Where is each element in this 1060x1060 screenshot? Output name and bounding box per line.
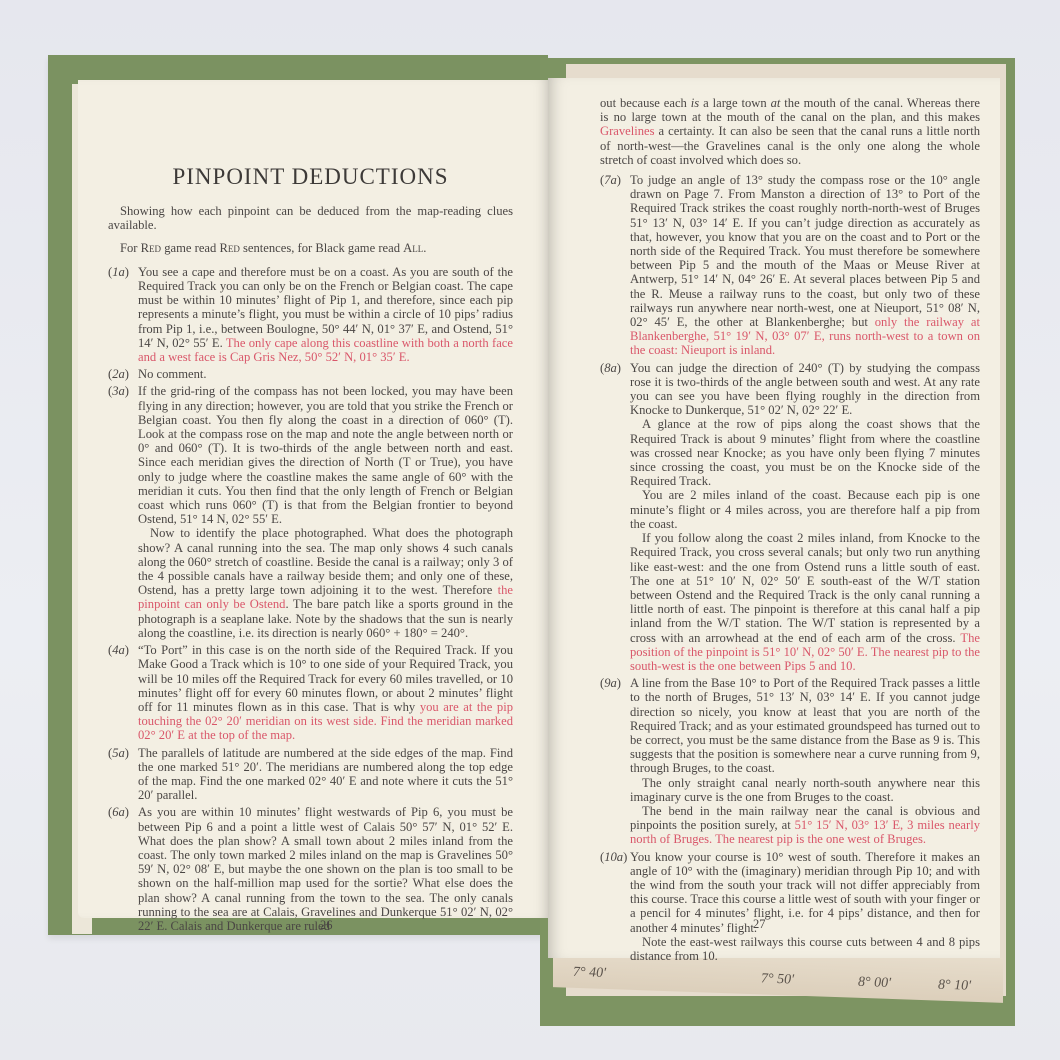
entry-text: As you are within 10 minutes’ flight wes…: [138, 805, 513, 933]
continuation-text: out because each is a large town at the …: [600, 96, 980, 167]
entry-text: You know your course is 10° west of sout…: [630, 850, 980, 935]
entry-text: To judge an angle of 13° study the compa…: [630, 173, 980, 358]
deduction-entry-1a: (1a) You see a cape and therefore must b…: [108, 265, 513, 364]
deduction-entry-4a: (4a) “To Port” in this case is on the no…: [108, 643, 513, 742]
entry-text: If you follow along the coast 2 miles in…: [630, 531, 980, 673]
entry-number: (5a): [108, 746, 138, 803]
deduction-entry-9a: (9a) A line from the Base 10° to Port of…: [600, 676, 980, 846]
map-tick: 8° 10′: [938, 978, 971, 995]
entry-text: “To Port” in this case is on the north s…: [138, 643, 513, 742]
entry-text: The only straight canal nearly north-sou…: [630, 776, 980, 804]
deduction-entry-7a: (7a) To judge an angle of 13° study the …: [600, 173, 980, 358]
intro-text: Showing how each pinpoint can be deduced…: [108, 204, 513, 232]
entry-text: You are 2 miles inland of the coast. Bec…: [630, 488, 980, 531]
entry-number: (2a): [108, 367, 138, 381]
entry-number: (9a): [600, 676, 630, 846]
entry-text: Now to identify the place photographed. …: [138, 526, 513, 640]
entry-text: A line from the Base 10° to Port of the …: [630, 676, 980, 775]
entry-number: (8a): [600, 361, 630, 673]
entry-text: You see a cape and therefore must be on …: [138, 265, 513, 364]
page-title: PINPOINT DEDUCTIONS: [108, 170, 513, 184]
entry-number: (1a): [108, 265, 138, 364]
red-word: Gravelines: [600, 124, 655, 138]
entry-text: You can judge the direction of 240° (T) …: [630, 361, 980, 418]
right-page-content: out because each is a large town at the …: [600, 96, 980, 966]
entry-text: If the grid-ring of the compass has not …: [138, 384, 513, 526]
entry-text: No comment.: [138, 367, 513, 381]
entry-number: (3a): [108, 384, 138, 640]
entry-number: (6a): [108, 805, 138, 933]
deduction-entry-3a: (3a) If the grid-ring of the compass has…: [108, 384, 513, 640]
map-tick: 7° 50′: [761, 971, 794, 988]
reading-rule: For Red game read Red sentences, for Bla…: [108, 241, 513, 255]
deduction-entry-8a: (8a) You can judge the direction of 240°…: [600, 361, 980, 673]
page-number-right: 27: [753, 917, 766, 932]
entry-number: (7a): [600, 173, 630, 358]
deduction-entry-6a: (6a) As you are within 10 minutes’ fligh…: [108, 805, 513, 933]
entry-text: Note the east-west railways this course …: [630, 935, 980, 963]
entry-text: A glance at the row of pips along the co…: [630, 417, 980, 488]
deduction-entry-10a: (10a) You know your course is 10° west o…: [600, 850, 980, 964]
entry-number: (4a): [108, 643, 138, 742]
map-tick: 7° 40′: [573, 965, 606, 982]
entry-number: (10a): [600, 850, 630, 964]
map-tick: 8° 00′: [858, 975, 891, 992]
left-page-content: PINPOINT DEDUCTIONS Showing how each pin…: [108, 168, 513, 936]
entry-text: The bend in the main railway near the ca…: [630, 804, 980, 847]
page-number-left: 26: [320, 918, 333, 933]
deduction-entry-2a: (2a) No comment.: [108, 367, 513, 381]
entry-text: The parallels of latitude are numbered a…: [138, 746, 513, 803]
deduction-entry-5a: (5a) The parallels of latitude are numbe…: [108, 746, 513, 803]
